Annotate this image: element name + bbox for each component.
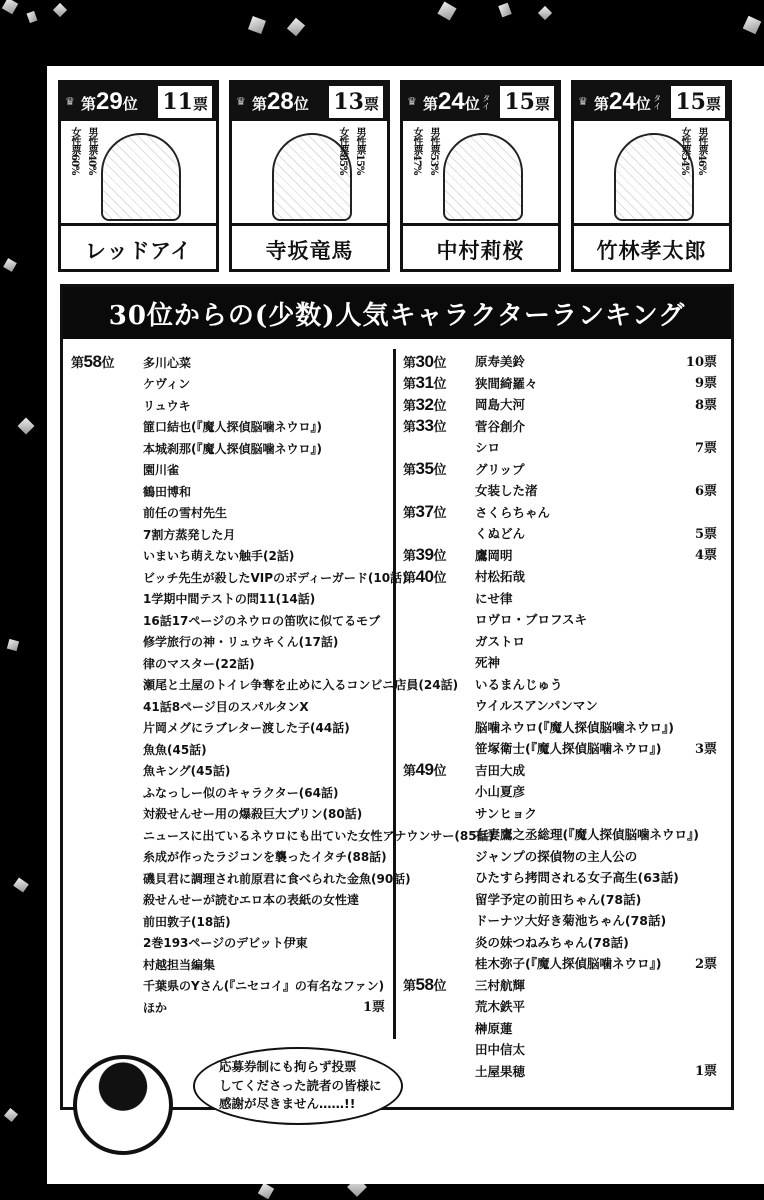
card-character-name: 寺坂竜馬: [232, 223, 387, 269]
ranking-row: ウイルスアンパンマン: [403, 693, 721, 715]
character-name: 篚口結也(『魔人探偵脳噛ネウロ』): [143, 421, 322, 433]
ranking-row: 村越担当編集: [71, 951, 389, 973]
ranking-row: リュウキ: [71, 392, 389, 414]
character-name: 前田敦子(18話): [143, 916, 231, 928]
card-votes: 13票: [329, 86, 383, 118]
rank-label: 第30位: [403, 353, 446, 370]
ranking-row: ほか1票: [71, 994, 389, 1016]
ranking-row: にせ律: [403, 586, 721, 608]
ranking-row: 瀬尾と土屋のトイレ争奪を止めに入るコンビニ店員(24話): [71, 672, 389, 694]
ranking-row: 第40位村松拓哉: [403, 564, 721, 586]
ranking-row: ロヴロ・ブロフスキ: [403, 607, 721, 629]
character-name: ジャンプの探偵物の主人公の: [475, 851, 637, 864]
card-votes: 15票: [671, 86, 725, 118]
vote-count: 6票: [695, 485, 717, 498]
ranking-row: 榊原蓮: [403, 1016, 721, 1038]
character-name: くぬどん: [475, 528, 525, 541]
ranking-row: 第32位岡島大河8票: [403, 392, 721, 414]
ranking-row: ガストロ: [403, 629, 721, 651]
ranking-right-column: 第30位原寿美鈴10票第31位狭間綺羅々9票第32位岡島大河8票第33位菅谷創介…: [403, 349, 721, 1080]
rank-label: 第31位: [403, 374, 446, 391]
character-name: 魚キング(45話): [143, 765, 230, 777]
ranking-row: ドーナツ大好き菊池ちゃん(78話): [403, 908, 721, 930]
character-name: 糸成が作ったラジコンを襲ったイタチ(88話): [143, 851, 387, 863]
character-name: 殺せんせーが読むエロ本の表紙の女性達: [143, 894, 359, 906]
ranking-row: 小山夏彦: [403, 779, 721, 801]
tie-label: タイ: [652, 94, 663, 110]
ranking-row: 留学予定の前田ちゃん(78話): [403, 887, 721, 909]
character-name: ほか: [143, 1002, 167, 1014]
ranking-row: 魚魚(45話): [71, 736, 389, 758]
ranking-row: 16話17ページのネウロの笛吹に似てるモブ: [71, 607, 389, 629]
character-name: いるまんじゅう: [475, 679, 563, 692]
speech-bubble: 応募券制にも拘らず投票 してくださった読者の皆様に 感謝が尽きません……!!: [193, 1047, 403, 1125]
ranking-row: 笹塚衛士(『魔人探偵脳噛ネウロ』)3票: [403, 736, 721, 758]
character-name: 榊原蓮: [475, 1023, 513, 1036]
vote-count: 8票: [695, 399, 717, 412]
character-name: 魚魚(45話): [143, 744, 207, 756]
character-name: 本城刹那(『魔人探偵脳噛ネウロ』): [143, 443, 322, 455]
ranking-row: 女装した渚6票: [403, 478, 721, 500]
character-name: 片岡メグにラブレター渡した子(44話): [143, 722, 350, 734]
bubble-line: してくださった読者の皆様に: [219, 1077, 401, 1096]
gender-stats: 男性票15% 女性票85%: [335, 127, 367, 174]
character-name: 磯貝君に調理され前原君に食べられた金魚(90話): [143, 873, 411, 885]
character-name: 死神: [475, 657, 500, 670]
ranking-row: ビッチ先生が殺したVIPのボディーガード(10話): [71, 564, 389, 586]
ranking-row: 園川雀: [71, 457, 389, 479]
ranking-row: 殺せんせーが読むエロ本の表紙の女性達: [71, 887, 389, 909]
card-character-name: レッドアイ: [61, 223, 216, 269]
ranking-row: 律のマスター(22話): [71, 650, 389, 672]
character-name: 2巻193ページのデビット伊東: [143, 937, 308, 949]
character-name: 土屋果穂: [475, 1066, 525, 1079]
ranking-row: サンヒョク: [403, 801, 721, 823]
ranking-card: ♛ 第24位 タイ 15票 男性票53% 女性票47% 中村莉桜: [400, 80, 561, 272]
ranking-row: 7割方蒸発した月: [71, 521, 389, 543]
ranking-row: ケヴィン: [71, 371, 389, 393]
vote-count: 4票: [695, 549, 717, 562]
vote-count: 1票: [363, 1001, 385, 1014]
ranking-row: 糸成が作ったラジコンを襲ったイタチ(88話): [71, 844, 389, 866]
card-character-name: 竹林孝太郎: [574, 223, 729, 269]
card-character-name: 中村莉桜: [403, 223, 558, 269]
character-name: 律のマスター(22話): [143, 658, 255, 670]
rank-label: 第39位: [403, 546, 446, 563]
character-name: 41話8ページ目のスパルタンX: [143, 701, 309, 713]
character-name: 吉田大成: [475, 765, 525, 778]
character-portrait: [101, 133, 181, 221]
card-rank: 第24位: [423, 88, 480, 116]
crown-icon: ♛: [578, 97, 592, 107]
character-name: 原寿美鈴: [475, 356, 525, 369]
character-name: ドーナツ大好き菊池ちゃん(78話): [475, 915, 666, 928]
rank-label: 第58位: [71, 353, 114, 370]
character-name: 鶴田博和: [143, 486, 191, 498]
vote-count: 9票: [695, 377, 717, 390]
ranking-card: ♛ 第24位 タイ 15票 男性票46% 女性票54% 竹林孝太郎: [571, 80, 732, 272]
ranking-row: 魚キング(45話): [71, 758, 389, 780]
ranking-row: 41話8ページ目のスパルタンX: [71, 693, 389, 715]
ranking-row: ジャンプの探偵物の主人公の: [403, 844, 721, 866]
ranking-row: 本城刹那(『魔人探偵脳噛ネウロ』): [71, 435, 389, 457]
character-name: ガストロ: [475, 636, 525, 649]
character-name: 田中信太: [475, 1044, 525, 1057]
card-rank: 第28位: [252, 88, 309, 116]
character-name: 小山夏彦: [475, 786, 525, 799]
character-name: グリップ: [475, 464, 525, 477]
rank-label: 第37位: [403, 503, 446, 520]
character-name: 狭間綺羅々: [475, 378, 538, 391]
ranking-row: いるまんじゅう: [403, 672, 721, 694]
rank-label: 第32位: [403, 396, 446, 413]
ranking-row: ひたすら拷問される女子高生(63話): [403, 865, 721, 887]
card-rank: 第29位: [81, 88, 138, 116]
character-portrait: [443, 133, 523, 221]
vote-count: 10票: [686, 356, 717, 369]
ranking-row: 篚口結也(『魔人探偵脳噛ネウロ』): [71, 414, 389, 436]
character-name: ひたすら拷問される女子高生(63話): [475, 872, 679, 885]
character-name: 村越担当編集: [143, 959, 215, 971]
card-votes: 15票: [500, 86, 554, 118]
ranking-row: 炎の妹つねみちゃん(78話): [403, 930, 721, 952]
gender-stats: 男性票53% 女性票47%: [409, 127, 441, 174]
character-name: 右妻鷹之丞総理(『魔人探偵脳噛ネウロ』): [475, 829, 699, 842]
bubble-line: 応募券制にも拘らず投票: [219, 1058, 401, 1077]
character-name: 留学予定の前田ちゃん(78話): [475, 894, 641, 907]
ranking-row: 2巻193ページのデビット伊東: [71, 930, 389, 952]
ranking-row: 第37位さくらちゃん: [403, 500, 721, 522]
ranking-row: 第30位原寿美鈴10票: [403, 349, 721, 371]
ranking-row: 田中信太: [403, 1037, 721, 1059]
ranking-row: 脳噛ネウロ(『魔人探偵脳噛ネウロ』): [403, 715, 721, 737]
character-name: 脳噛ネウロ(『魔人探偵脳噛ネウロ』): [475, 722, 674, 735]
ranking-row: 千葉県のYさん(『ニセコイ』の有名なファン): [71, 973, 389, 995]
ranking-row: 第58位多川心菜: [71, 349, 389, 371]
character-name: 炎の妹つねみちゃん(78話): [475, 937, 629, 950]
card-votes: 11票: [158, 86, 212, 118]
ranking-title: 30位からの(少数)人気キャラクターランキング: [63, 287, 731, 339]
rank-label: 第40位: [403, 568, 446, 585]
ranking-row: 磯貝君に調理され前原君に食べられた金魚(90話): [71, 865, 389, 887]
gender-stats: 男性票46% 女性票54%: [677, 127, 709, 174]
character-name: 荒木鉄平: [475, 1001, 525, 1014]
character-name: ケヴィン: [143, 378, 190, 390]
ranking-row: 片岡メグにラブレター渡した子(44話): [71, 715, 389, 737]
ranking-row: いまいち萌えない触手(2話): [71, 543, 389, 565]
character-name: 16話17ページのネウロの笛吹に似てるモブ: [143, 615, 380, 627]
ranking-row: ニュースに出ているネウロにも出ていた女性アナウンサー(85話): [71, 822, 389, 844]
character-name: ビッチ先生が殺したVIPのボディーガード(10話): [143, 572, 408, 584]
tie-label: タイ: [481, 94, 492, 110]
character-name: 多川心菜: [143, 357, 191, 369]
ranking-row: 第58位三村航輝: [403, 973, 721, 995]
ranking-row: 土屋果穂1票: [403, 1059, 721, 1081]
ranking-row: 第31位狭間綺羅々9票: [403, 371, 721, 393]
character-name: 7割方蒸発した月: [143, 529, 235, 541]
vote-count: 2票: [695, 958, 717, 971]
character-name: さくらちゃん: [475, 507, 550, 520]
vote-count: 7票: [695, 442, 717, 455]
character-name: シロ: [475, 442, 500, 455]
character-name: ロヴロ・ブロフスキ: [475, 614, 587, 627]
rank-label: 第58位: [403, 976, 446, 993]
ranking-row: 桂木弥子(『魔人探偵脳噛ネウロ』)2票: [403, 951, 721, 973]
crown-icon: ♛: [407, 97, 421, 107]
ranking-row: 第33位菅谷創介: [403, 414, 721, 436]
character-name: にせ律: [475, 593, 513, 606]
ranking-row: 1学期中間テストの問11(14話): [71, 586, 389, 608]
ranking-row: 前田敦子(18話): [71, 908, 389, 930]
ranking-row: 第39位鷹岡明4票: [403, 543, 721, 565]
character-name: 修学旅行の神・リュウキくん(17話): [143, 636, 338, 648]
character-name: 村松拓哉: [475, 571, 525, 584]
rank-label: 第49位: [403, 761, 446, 778]
top-ranked-cards: ♛ 第29位 11票 男性票40% 女性票60% レッドアイ ♛ 第28位 13…: [58, 80, 734, 272]
ranking-row: 死神: [403, 650, 721, 672]
koro-sensei-face-icon: [73, 1055, 173, 1155]
character-name: 桂木弥子(『魔人探偵脳噛ネウロ』): [475, 958, 661, 971]
character-name: リュウキ: [143, 400, 191, 412]
character-name: 女装した渚: [475, 485, 538, 498]
ranking-row: 前任の雪村先生: [71, 500, 389, 522]
character-name: 園川雀: [143, 464, 179, 476]
ranking-panel: 30位からの(少数)人気キャラクターランキング 第58位多川心菜ケヴィンリュウキ…: [60, 284, 734, 1110]
gender-stats: 男性票40% 女性票60%: [67, 127, 99, 174]
character-name: サンヒョク: [475, 808, 537, 821]
ranking-row: 鶴田博和: [71, 478, 389, 500]
character-name: 三村航輝: [475, 980, 525, 993]
bubble-line: 感謝が尽きません……!!: [219, 1095, 401, 1114]
ranking-row: 第35位グリップ: [403, 457, 721, 479]
character-name: 1学期中間テストの問11(14話): [143, 593, 315, 605]
ranking-card: ♛ 第28位 13票 男性票15% 女性票85% 寺坂竜馬: [229, 80, 390, 272]
crown-icon: ♛: [236, 97, 250, 107]
ranking-card: ♛ 第29位 11票 男性票40% 女性票60% レッドアイ: [58, 80, 219, 272]
vote-count: 1票: [695, 1065, 717, 1078]
character-name: 笹塚衛士(『魔人探偵脳噛ネウロ』): [475, 743, 661, 756]
character-name: 前任の雪村先生: [143, 507, 227, 519]
character-name: 対殺せんせー用の爆殺巨大プリン(80話): [143, 808, 362, 820]
character-name: 鷹岡明: [475, 550, 513, 563]
vote-count: 5票: [695, 528, 717, 541]
ranking-row: シロ7票: [403, 435, 721, 457]
rank-label: 第35位: [403, 460, 446, 477]
ranking-row: ふなっしー似のキャラクター(64話): [71, 779, 389, 801]
column-divider: [393, 349, 396, 1039]
card-rank: 第24位: [594, 88, 651, 116]
ranking-left-column: 第58位多川心菜ケヴィンリュウキ篚口結也(『魔人探偵脳噛ネウロ』)本城刹那(『魔…: [71, 349, 389, 1016]
character-name: 岡島大河: [475, 399, 525, 412]
character-name: ウイルスアンパンマン: [475, 700, 598, 713]
ranking-row: 右妻鷹之丞総理(『魔人探偵脳噛ネウロ』): [403, 822, 721, 844]
ranking-row: 第49位吉田大成: [403, 758, 721, 780]
vote-count: 3票: [695, 743, 717, 756]
character-name: ふなっしー似のキャラクター(64話): [143, 787, 338, 799]
ranking-row: 対殺せんせー用の爆殺巨大プリン(80話): [71, 801, 389, 823]
character-name: 菅谷創介: [475, 421, 525, 434]
ranking-row: 荒木鉄平: [403, 994, 721, 1016]
crown-icon: ♛: [65, 97, 79, 107]
character-name: いまいち萌えない触手(2話): [143, 550, 294, 562]
ranking-row: くぬどん5票: [403, 521, 721, 543]
rank-label: 第33位: [403, 417, 446, 434]
character-name: 千葉県のYさん(『ニセコイ』の有名なファン): [143, 980, 384, 992]
ranking-row: 修学旅行の神・リュウキくん(17話): [71, 629, 389, 651]
